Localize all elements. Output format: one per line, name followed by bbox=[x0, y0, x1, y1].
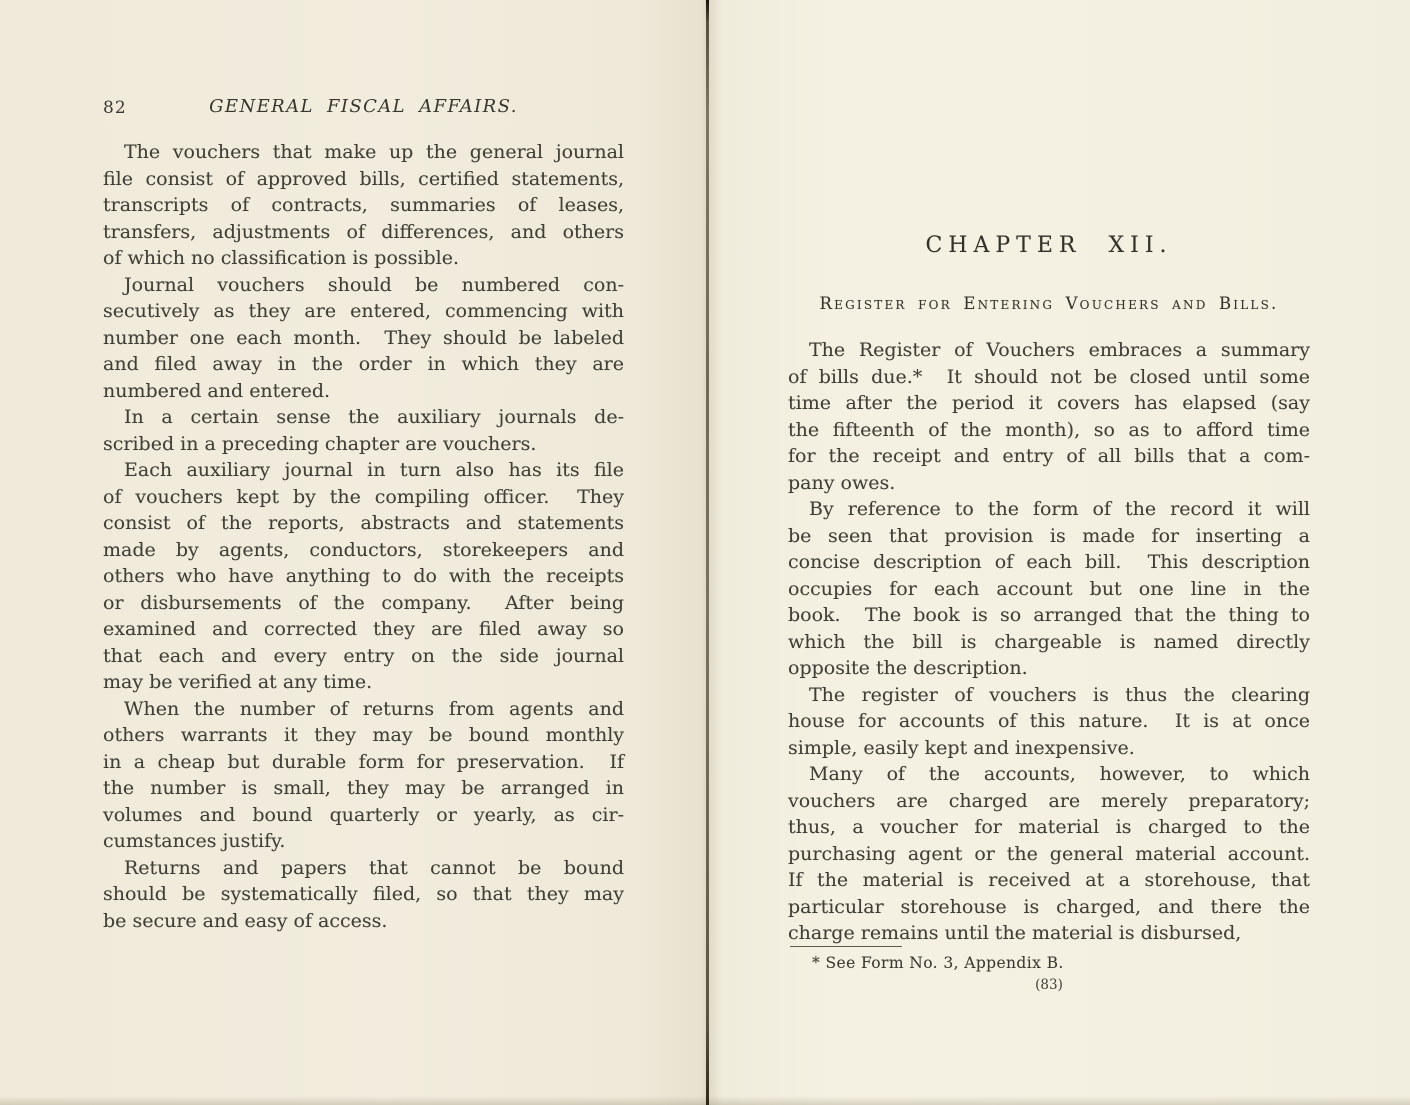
text-line: cumstances justify. bbox=[103, 828, 624, 855]
paragraph: The Register of Vouchers embraces a summ… bbox=[788, 337, 1310, 496]
text-line: consist of the reports, abstracts and st… bbox=[103, 510, 624, 537]
running-head: 82 GENERAL FISCAL AFFAIRS. bbox=[103, 96, 624, 120]
chapter-heading: CHAPTER XII. bbox=[788, 233, 1310, 258]
text-line: Journal vouchers should be numbered con- bbox=[103, 272, 624, 299]
text-line: In a certain sense the auxiliary journal… bbox=[103, 404, 624, 431]
text-line: By reference to the form of the record i… bbox=[788, 496, 1310, 523]
footnote-rule bbox=[790, 946, 902, 947]
left-page: 82 GENERAL FISCAL AFFAIRS. The vouchers … bbox=[0, 0, 708, 1105]
text-line: the number is small, they may be arrange… bbox=[103, 775, 624, 802]
text-line: occupies for each account but one line i… bbox=[788, 576, 1310, 603]
text-line: or disbursements of the company. After b… bbox=[103, 590, 624, 617]
text-line: and filed away in the order in which the… bbox=[103, 351, 624, 378]
text-line: charge remains until the material is dis… bbox=[788, 920, 1310, 947]
running-header-title: GENERAL FISCAL AFFAIRS. bbox=[103, 96, 624, 117]
text-line: which the bill is chargeable is named di… bbox=[788, 629, 1310, 656]
text-line: transcripts of contracts, summaries of l… bbox=[103, 192, 624, 219]
book-gutter-fold bbox=[706, 0, 709, 1105]
text-line: purchasing agent or the general material… bbox=[788, 841, 1310, 868]
text-line: of vouchers kept by the compiling office… bbox=[103, 484, 624, 511]
text-line: examined and corrected they are filed aw… bbox=[103, 616, 624, 643]
paragraph: Each auxiliary journal in turn also has … bbox=[103, 457, 624, 696]
paragraph: When the number of returns from agents a… bbox=[103, 696, 624, 855]
text-line: The register of vouchers is thus the cle… bbox=[788, 682, 1310, 709]
text-line: transfers, adjustments of differences, a… bbox=[103, 219, 624, 246]
text-line: should be systematically filed, so that … bbox=[103, 881, 624, 908]
paragraph: By reference to the form of the record i… bbox=[788, 496, 1310, 682]
text-line: scribed in a preceding chapter are vouch… bbox=[103, 431, 624, 458]
text-line: concise description of each bill. This d… bbox=[788, 549, 1310, 576]
text-line: vouchers are charged are merely preparat… bbox=[788, 788, 1310, 815]
text-line: in a cheap but durable form for preserva… bbox=[103, 749, 624, 776]
text-line: numbered and entered. bbox=[103, 378, 624, 405]
left-page-number: 82 bbox=[103, 98, 127, 118]
text-line: opposite the description. bbox=[788, 655, 1310, 682]
text-line: If the material is received at a storeho… bbox=[788, 867, 1310, 894]
text-line: The Register of Vouchers embraces a summ… bbox=[788, 337, 1310, 364]
text-line: Many of the accounts, however, to which bbox=[788, 761, 1310, 788]
text-line: Returns and papers that cannot be bound bbox=[103, 855, 624, 882]
chapter-subtitle: Register for Entering Vouchers and Bills… bbox=[788, 294, 1310, 313]
text-line: be seen that provision is made for inser… bbox=[788, 523, 1310, 550]
paragraph: Many of the accounts, however, to whichv… bbox=[788, 761, 1310, 947]
text-line: time after the period it covers has elap… bbox=[788, 390, 1310, 417]
text-line: for the receipt and entry of all bills t… bbox=[788, 443, 1310, 470]
footnote: * See Form No. 3, Appendix B. bbox=[812, 954, 1292, 972]
text-line: book. The book is so arranged that the t… bbox=[788, 602, 1310, 629]
text-line: When the number of returns from agents a… bbox=[103, 696, 624, 723]
text-line: volumes and bound quarterly or yearly, a… bbox=[103, 802, 624, 829]
paragraph: The vouchers that make up the general jo… bbox=[103, 139, 624, 272]
text-line: of which no classification is possible. bbox=[103, 245, 624, 272]
text-line: secutively as they are entered, commenci… bbox=[103, 298, 624, 325]
paragraph: Returns and papers that cannot be bounds… bbox=[103, 855, 624, 935]
paragraph: Journal vouchers should be numbered con-… bbox=[103, 272, 624, 405]
text-line: pany owes. bbox=[788, 470, 1310, 497]
left-page-text: The vouchers that make up the general jo… bbox=[103, 139, 624, 934]
text-line: made by agents, conductors, storekeepers… bbox=[103, 537, 624, 564]
text-line: number one each month. They should be la… bbox=[103, 325, 624, 352]
right-page: CHAPTER XII. Register for Entering Vouch… bbox=[708, 0, 1410, 1105]
book-spread: 82 GENERAL FISCAL AFFAIRS. The vouchers … bbox=[0, 0, 1410, 1105]
text-line: particular storehouse is charged, and th… bbox=[788, 894, 1310, 921]
right-page-text: The Register of Vouchers embraces a summ… bbox=[788, 337, 1310, 947]
paragraph: In a certain sense the auxiliary journal… bbox=[103, 404, 624, 457]
text-line: simple, easily kept and inexpensive. bbox=[788, 735, 1310, 762]
text-line: of bills due.* It should not be closed u… bbox=[788, 364, 1310, 391]
text-line: others warrants it they may be bound mon… bbox=[103, 722, 624, 749]
text-line: be secure and easy of access. bbox=[103, 908, 624, 935]
text-line: the fifteenth of the month), so as to af… bbox=[788, 417, 1310, 444]
text-line: others who have anything to do with the … bbox=[103, 563, 624, 590]
text-line: house for accounts of this nature. It is… bbox=[788, 708, 1310, 735]
text-line: The vouchers that make up the general jo… bbox=[103, 139, 624, 166]
text-line: thus, a voucher for material is charged … bbox=[788, 814, 1310, 841]
right-page-number: (83) bbox=[788, 977, 1310, 993]
text-line: that each and every entry on the side jo… bbox=[103, 643, 624, 670]
text-line: Each auxiliary journal in turn also has … bbox=[103, 457, 624, 484]
text-line: may be verified at any time. bbox=[103, 669, 624, 696]
text-line: file consist of approved bills, certifie… bbox=[103, 166, 624, 193]
paragraph: The register of vouchers is thus the cle… bbox=[788, 682, 1310, 762]
